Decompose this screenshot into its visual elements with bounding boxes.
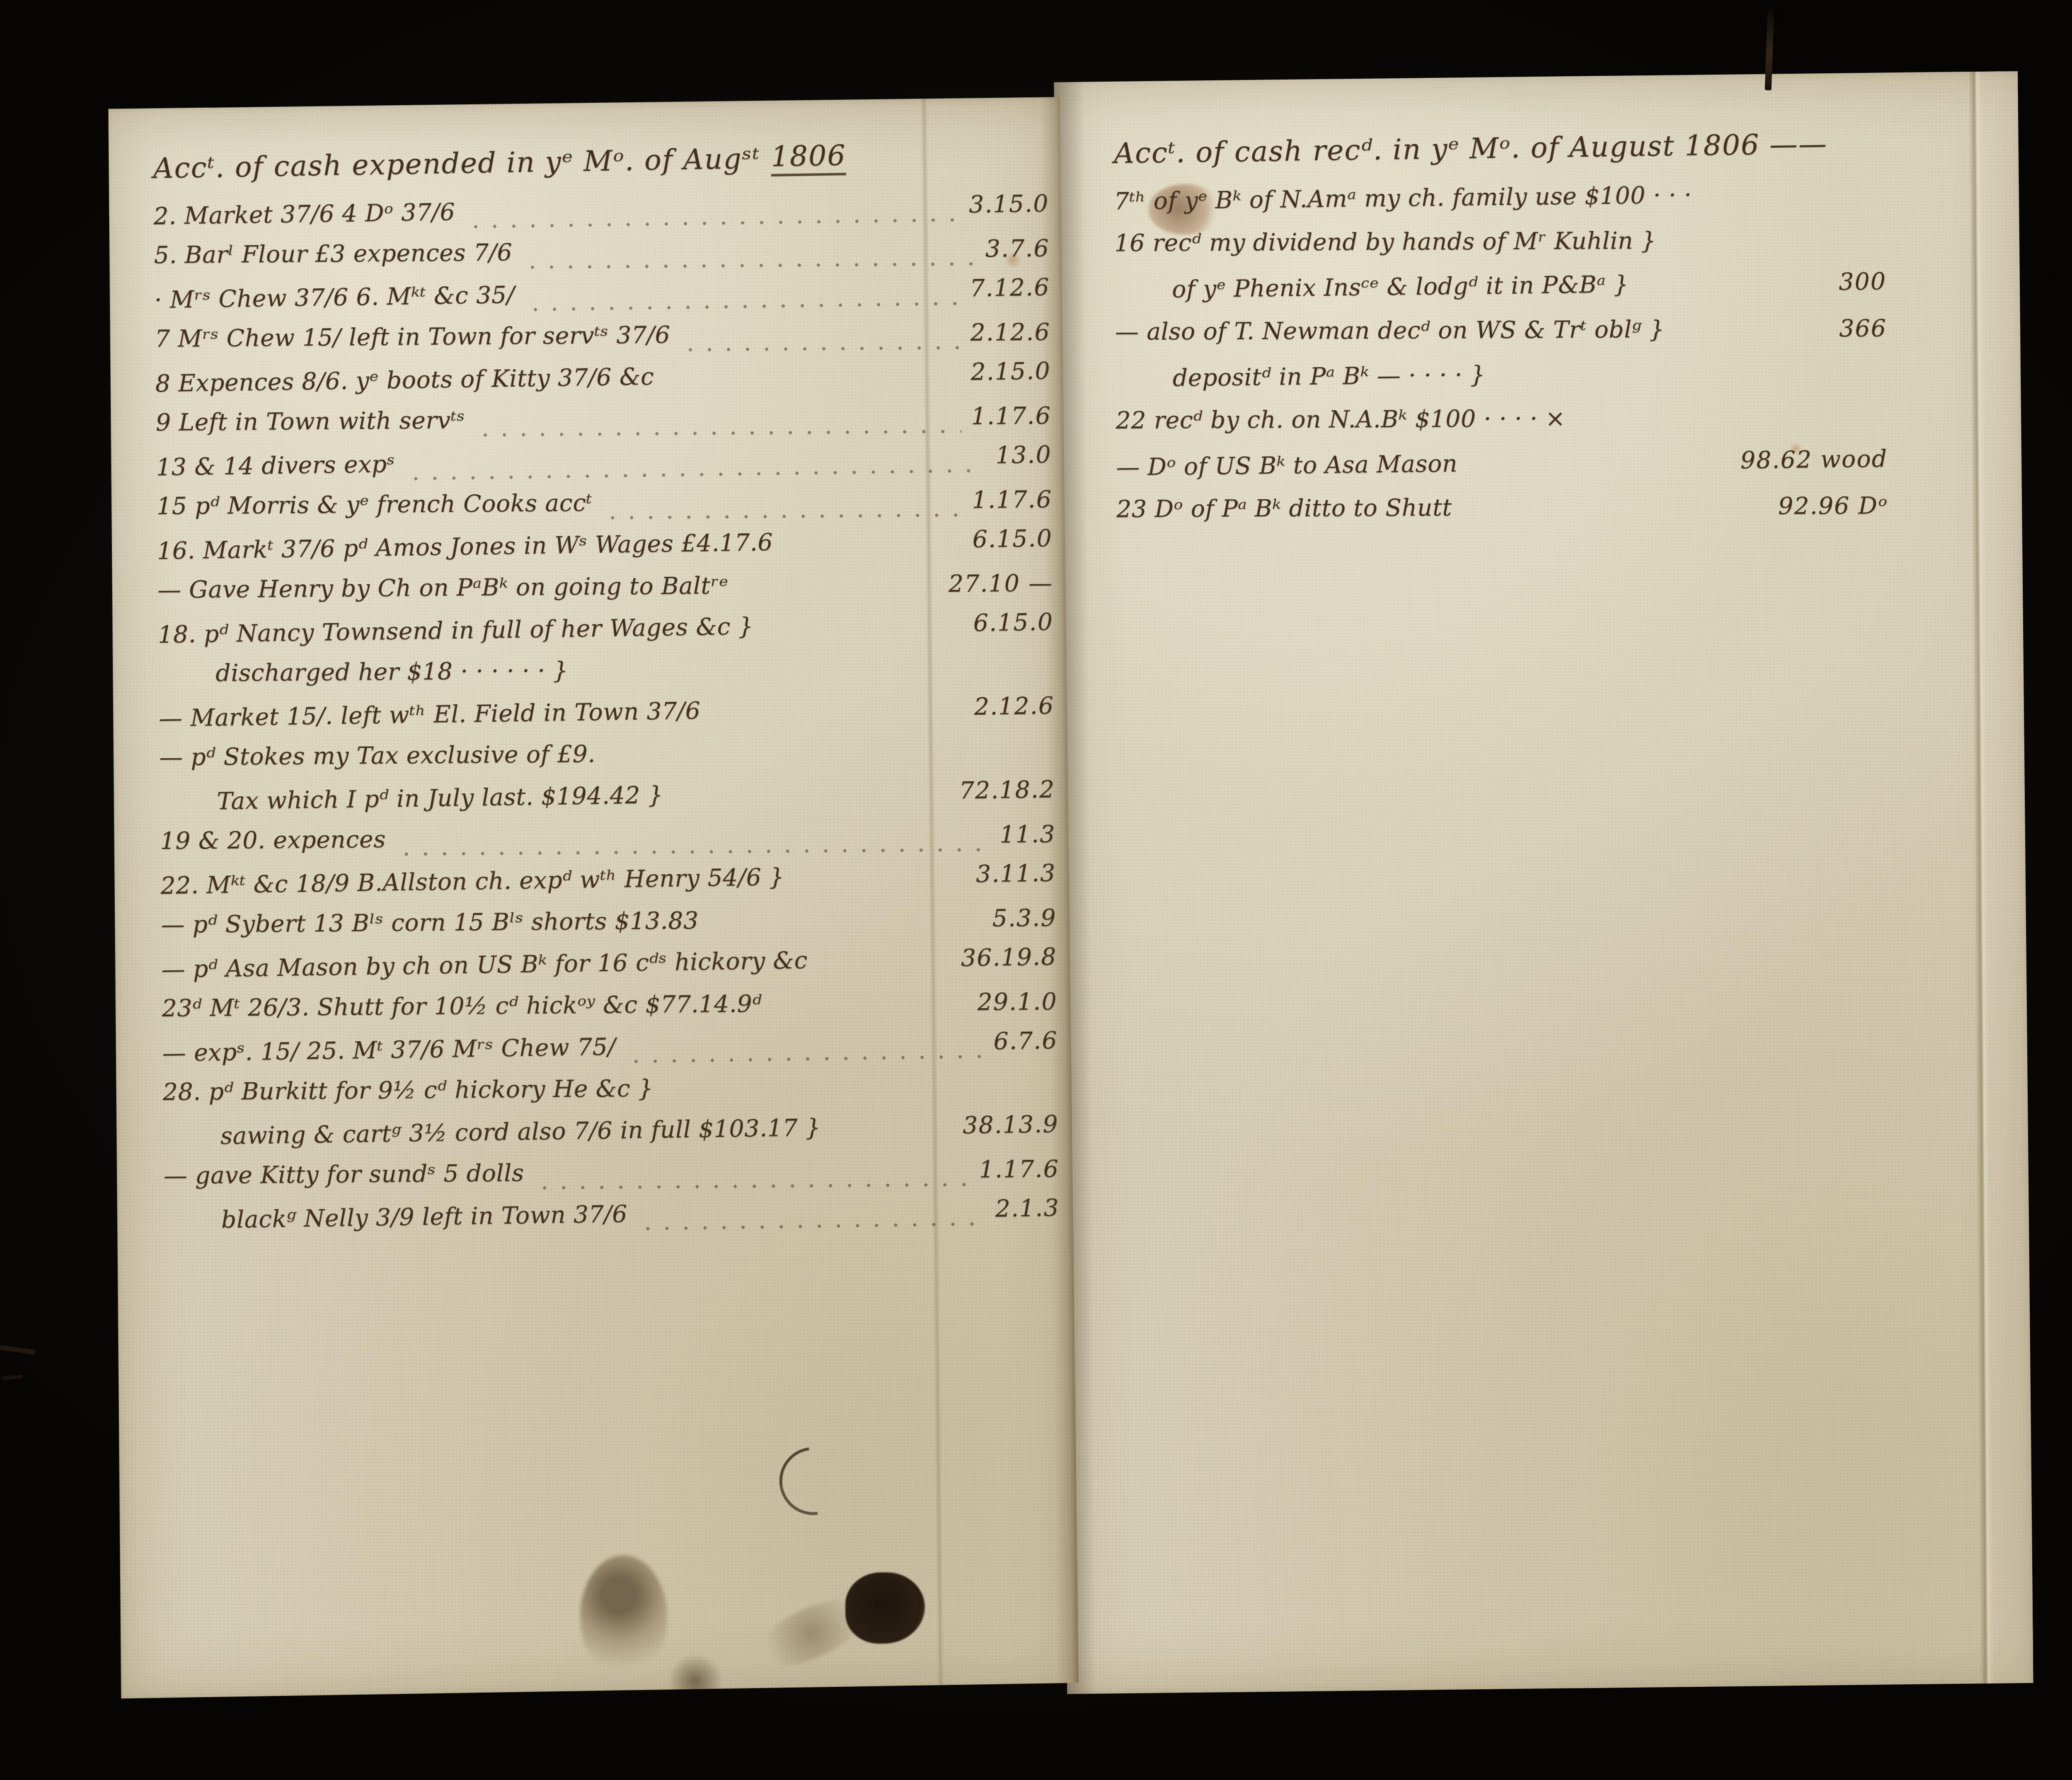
ledger-line-text: of yᵉ Phenix Insᶜᵉ & lodgᵈ it in P&Bᵃ }	[1172, 271, 1629, 303]
ledger-line: — also of T. Newman decᵈ on WS & Trᵗ obl…	[1115, 315, 1887, 363]
spacer	[762, 1010, 978, 1012]
spacer	[663, 799, 959, 803]
ledger-line-amount: 27.10 —	[949, 569, 1053, 597]
ledger-line-amount: 1.17.6	[979, 1155, 1059, 1183]
ledger-line: of yᵉ Phenix Insᶜᵉ & lodgᵈ it in P&Bᵃ }3…	[1115, 268, 1887, 321]
ledger-line-text: — Dᵒ of US Bᵏ to Asa Mason	[1116, 450, 1458, 481]
ledger-line-amount: 3.7.6	[985, 235, 1050, 262]
ledger-line-text: 7ᵗʰ of yᵉ Bᵏ of N.Amᵃ my ch. family use …	[1114, 181, 1692, 215]
ledger-line-text: sawing & cartᵍ 3½ cord also 7/6 in full …	[220, 1114, 821, 1150]
left-page-content: Accᵗ. of cash expended in yᵉ Mᵒ. of Augˢ…	[104, 97, 1079, 1700]
ledger-line-text: Tax which I pᵈ in July last. $194.42 }	[217, 781, 663, 815]
ledger-line-text: — Market 15/. left wᵗʰ El. Field in Town…	[159, 697, 701, 732]
ledger-line: 23 Dᵒ of Pᵃ Bᵏ ditto to Shutt92.96 Dᵒ	[1116, 492, 1888, 540]
dot-leader	[535, 1182, 969, 1190]
dot-leader	[406, 468, 986, 481]
ledger-line-amount: 38.13.9	[963, 1110, 1059, 1139]
ledger-line-text: 13 & 14 divers expˢ	[156, 450, 395, 481]
ledger-line-text: 7 Mʳˢ Chew 15/ left in Town for servᵗˢ 3…	[155, 322, 670, 353]
ledger-line: depositᵈ in Pᵃ Bᵏ — · · · · }	[1115, 356, 1887, 409]
dot-leader	[476, 429, 961, 438]
spacer	[654, 380, 971, 385]
ledger-line-amount: 7.12.6	[970, 273, 1050, 302]
ledger-line-amount: 11.3	[1000, 820, 1055, 848]
ledger-line-amount: 29.1.0	[977, 988, 1058, 1016]
left-page-title-text: Accᵗ. of cash expended in yᵉ Mᵒ. of Augˢ…	[153, 142, 761, 185]
ledger-spread: Accᵗ. of cash recᵈ. in yᵉ Mᵒ. of August …	[99, 80, 2045, 1718]
ledger-line-amount: 72.18.2	[959, 776, 1055, 804]
spacer	[595, 758, 1055, 762]
spacer	[568, 675, 1054, 678]
ledger-line-text: depositᵈ in Pᵃ Bᵏ — · · · · }	[1172, 361, 1486, 392]
ledger-line-text: — pᵈ Sybert 13 Bˡˢ corn 15 Bˡˢ shorts $1…	[161, 907, 699, 938]
ledger-line-amount: 98.62 wood	[1740, 445, 1888, 474]
ledger-line: 7ᵗʰ of yᵉ Bᵏ of N.Amᵃ my ch. family use …	[1114, 179, 1886, 232]
ledger-line-text: 23 Dᵒ of Pᵃ Bᵏ ditto to Shutt	[1116, 494, 1452, 523]
spacer	[729, 592, 949, 593]
ledger-line-amount: 6.15.0	[973, 608, 1053, 637]
ledger-line-text: 18. pᵈ Nancy Townsend in full of her Wag…	[158, 613, 754, 649]
ledger-line-text: — also of T. Newman decᵈ on WS & Trᵗ obl…	[1115, 316, 1665, 346]
right-page-entries: 7ᵗʰ of yᵉ Bᵏ of N.Amᵃ my ch. family use …	[1114, 181, 1888, 541]
spacer	[701, 715, 974, 718]
ledger-line-text: 23ᵈ Mᵗ 26/3. Shutt for 10½ cᵈ hickᵒʸ &c …	[162, 990, 762, 1022]
ledger-right-page: Accᵗ. of cash recᵈ. in yᵉ Mᵒ. of August …	[1052, 71, 2033, 1695]
dot-leader	[627, 1054, 984, 1064]
ledger-line-amount: 5.3.9	[992, 904, 1057, 932]
ledger-line: 22 recᵈ by ch. on N.A.Bᵏ $100 · · · · ×	[1116, 404, 1887, 451]
ledger-line-amount: 2.15.0	[971, 357, 1051, 386]
ledger-line-amount: 92.96 Dᵒ	[1778, 492, 1888, 520]
ledger-line-text: · Mʳˢ Chew 37/6 6. Mᵏᵗ &c 35/	[154, 281, 515, 314]
ledger-line-text: 15 pᵈ Morris & yᵉ french Cooks accᵗ	[157, 489, 593, 520]
spacer	[784, 882, 976, 885]
ledger-line-amount: 13.0	[995, 441, 1052, 469]
ledger-line-amount: 1.17.6	[971, 402, 1051, 430]
ledger-left-page: Accᵗ. of cash expended in yᵉ Mᵒ. of Augˢ…	[104, 97, 1079, 1700]
scanned-ledger-photo: { "colors": { "background": "#0a0907", "…	[0, 0, 2072, 1780]
dot-leader	[603, 513, 962, 520]
ledger-line-amount: 2.1.3	[995, 1194, 1060, 1222]
ledger-line-text: — gave Kitty for sundˢ 5 dolls	[164, 1159, 524, 1190]
ledger-line-amount: 6.7.6	[993, 1027, 1058, 1055]
ledger-line-amount: 3.15.0	[969, 190, 1049, 218]
left-page-title: Accᵗ. of cash expended in yᵉ Mᵒ. of Augˢ…	[152, 119, 1049, 204]
ledger-line-amount: 366	[1839, 315, 1887, 343]
ledger-line-text: 16. Markᵗ 37/6 pᵈ Amos Jones in Wˢ Wages…	[157, 529, 773, 565]
ledger-line: 16 recᵈ my dividend by hands of Mʳ Kuhli…	[1114, 226, 1886, 274]
backdrop-mark	[0, 1345, 36, 1355]
ledger-line-text: 28. pᵈ Burkitt for 9½ cᵈ hickory He &c }	[163, 1075, 654, 1106]
dot-leader	[466, 217, 959, 229]
spacer	[773, 547, 972, 550]
right-page-title: Accᵗ. of cash recᵈ. in yᵉ Mᵒ. of August …	[1113, 108, 1886, 189]
right-page-title-text: Accᵗ. of cash recᵈ. in yᵉ Mᵒ. of August …	[1113, 128, 1828, 170]
spacer	[821, 1134, 963, 1136]
spacer	[808, 966, 961, 968]
left-page-entries: 2. Market 37/6 4 Dᵒ 37/63.15.05. Barˡ Fl…	[153, 191, 1060, 1247]
spacer	[654, 1093, 1058, 1096]
ledger-line-amount: 2.12.6	[970, 318, 1051, 346]
ledger-line-text: discharged her $18 · · · · · · }	[215, 657, 569, 687]
ledger-line-text: 5. Barˡ Flour £3 expences 7/6	[154, 239, 512, 269]
dot-leader	[397, 847, 990, 857]
ledger-line-amount: 2.12.6	[974, 692, 1054, 721]
ledger-line-text: 22 recᵈ by ch. on N.A.Bᵏ $100 · · · · ×	[1116, 405, 1565, 434]
ledger-line-text: blackᵍ Nelly 3/9 left in Town 37/6	[221, 1200, 627, 1233]
dot-leader	[638, 1221, 985, 1231]
ledger-line-amount: 6.15.0	[972, 525, 1053, 553]
ledger-line-text: — expˢ. 15/ 25. Mᵗ 37/6 Mʳˢ Chew 75/	[162, 1033, 616, 1067]
dot-leader	[523, 261, 975, 270]
spacer	[699, 926, 992, 929]
ledger-line: — Dᵒ of US Bᵏ to Asa Mason98.62 wood	[1116, 445, 1888, 498]
ledger-line-text: 9 Left in Town with servᵗˢ	[156, 406, 465, 436]
dot-leader	[526, 301, 960, 312]
ledger-line-amount: 1.17.6	[972, 486, 1052, 513]
ledger-line-amount: 3.11.3	[976, 859, 1056, 888]
ledger-line-text: 22. Mᵏᵗ &c 18/9 B.Allston ch. expᵈ wᵗʰ H…	[160, 863, 784, 900]
ledger-line-text: — Gave Henry by Ch on PᵃBᵏ on going to B…	[157, 572, 729, 604]
ledger-line-text: 2. Market 37/6 4 Dᵒ 37/6	[153, 198, 455, 230]
spacer	[754, 631, 973, 634]
ledger-line-text: — pᵈ Stokes my Tax exclusive of £9.	[159, 740, 595, 771]
right-page-content: Accᵗ. of cash recᵈ. in yᵉ Mᵒ. of August …	[1052, 71, 2033, 1695]
ledger-line-amount: 36.19.8	[961, 943, 1057, 972]
ledger-line-amount: 300	[1839, 268, 1887, 295]
left-page-title-year: 1806	[771, 139, 846, 176]
ledger-line-text: 8 Expences 8/6. yᵉ boots of Kitty 37/6 &…	[155, 363, 654, 397]
ledger-line-text: 19 & 20. expences	[160, 826, 386, 855]
backdrop-mark	[2, 1375, 23, 1381]
dot-leader	[681, 345, 960, 352]
ledger-line-text: 16 recᵈ my dividend by hands of Mʳ Kuhli…	[1114, 227, 1656, 257]
